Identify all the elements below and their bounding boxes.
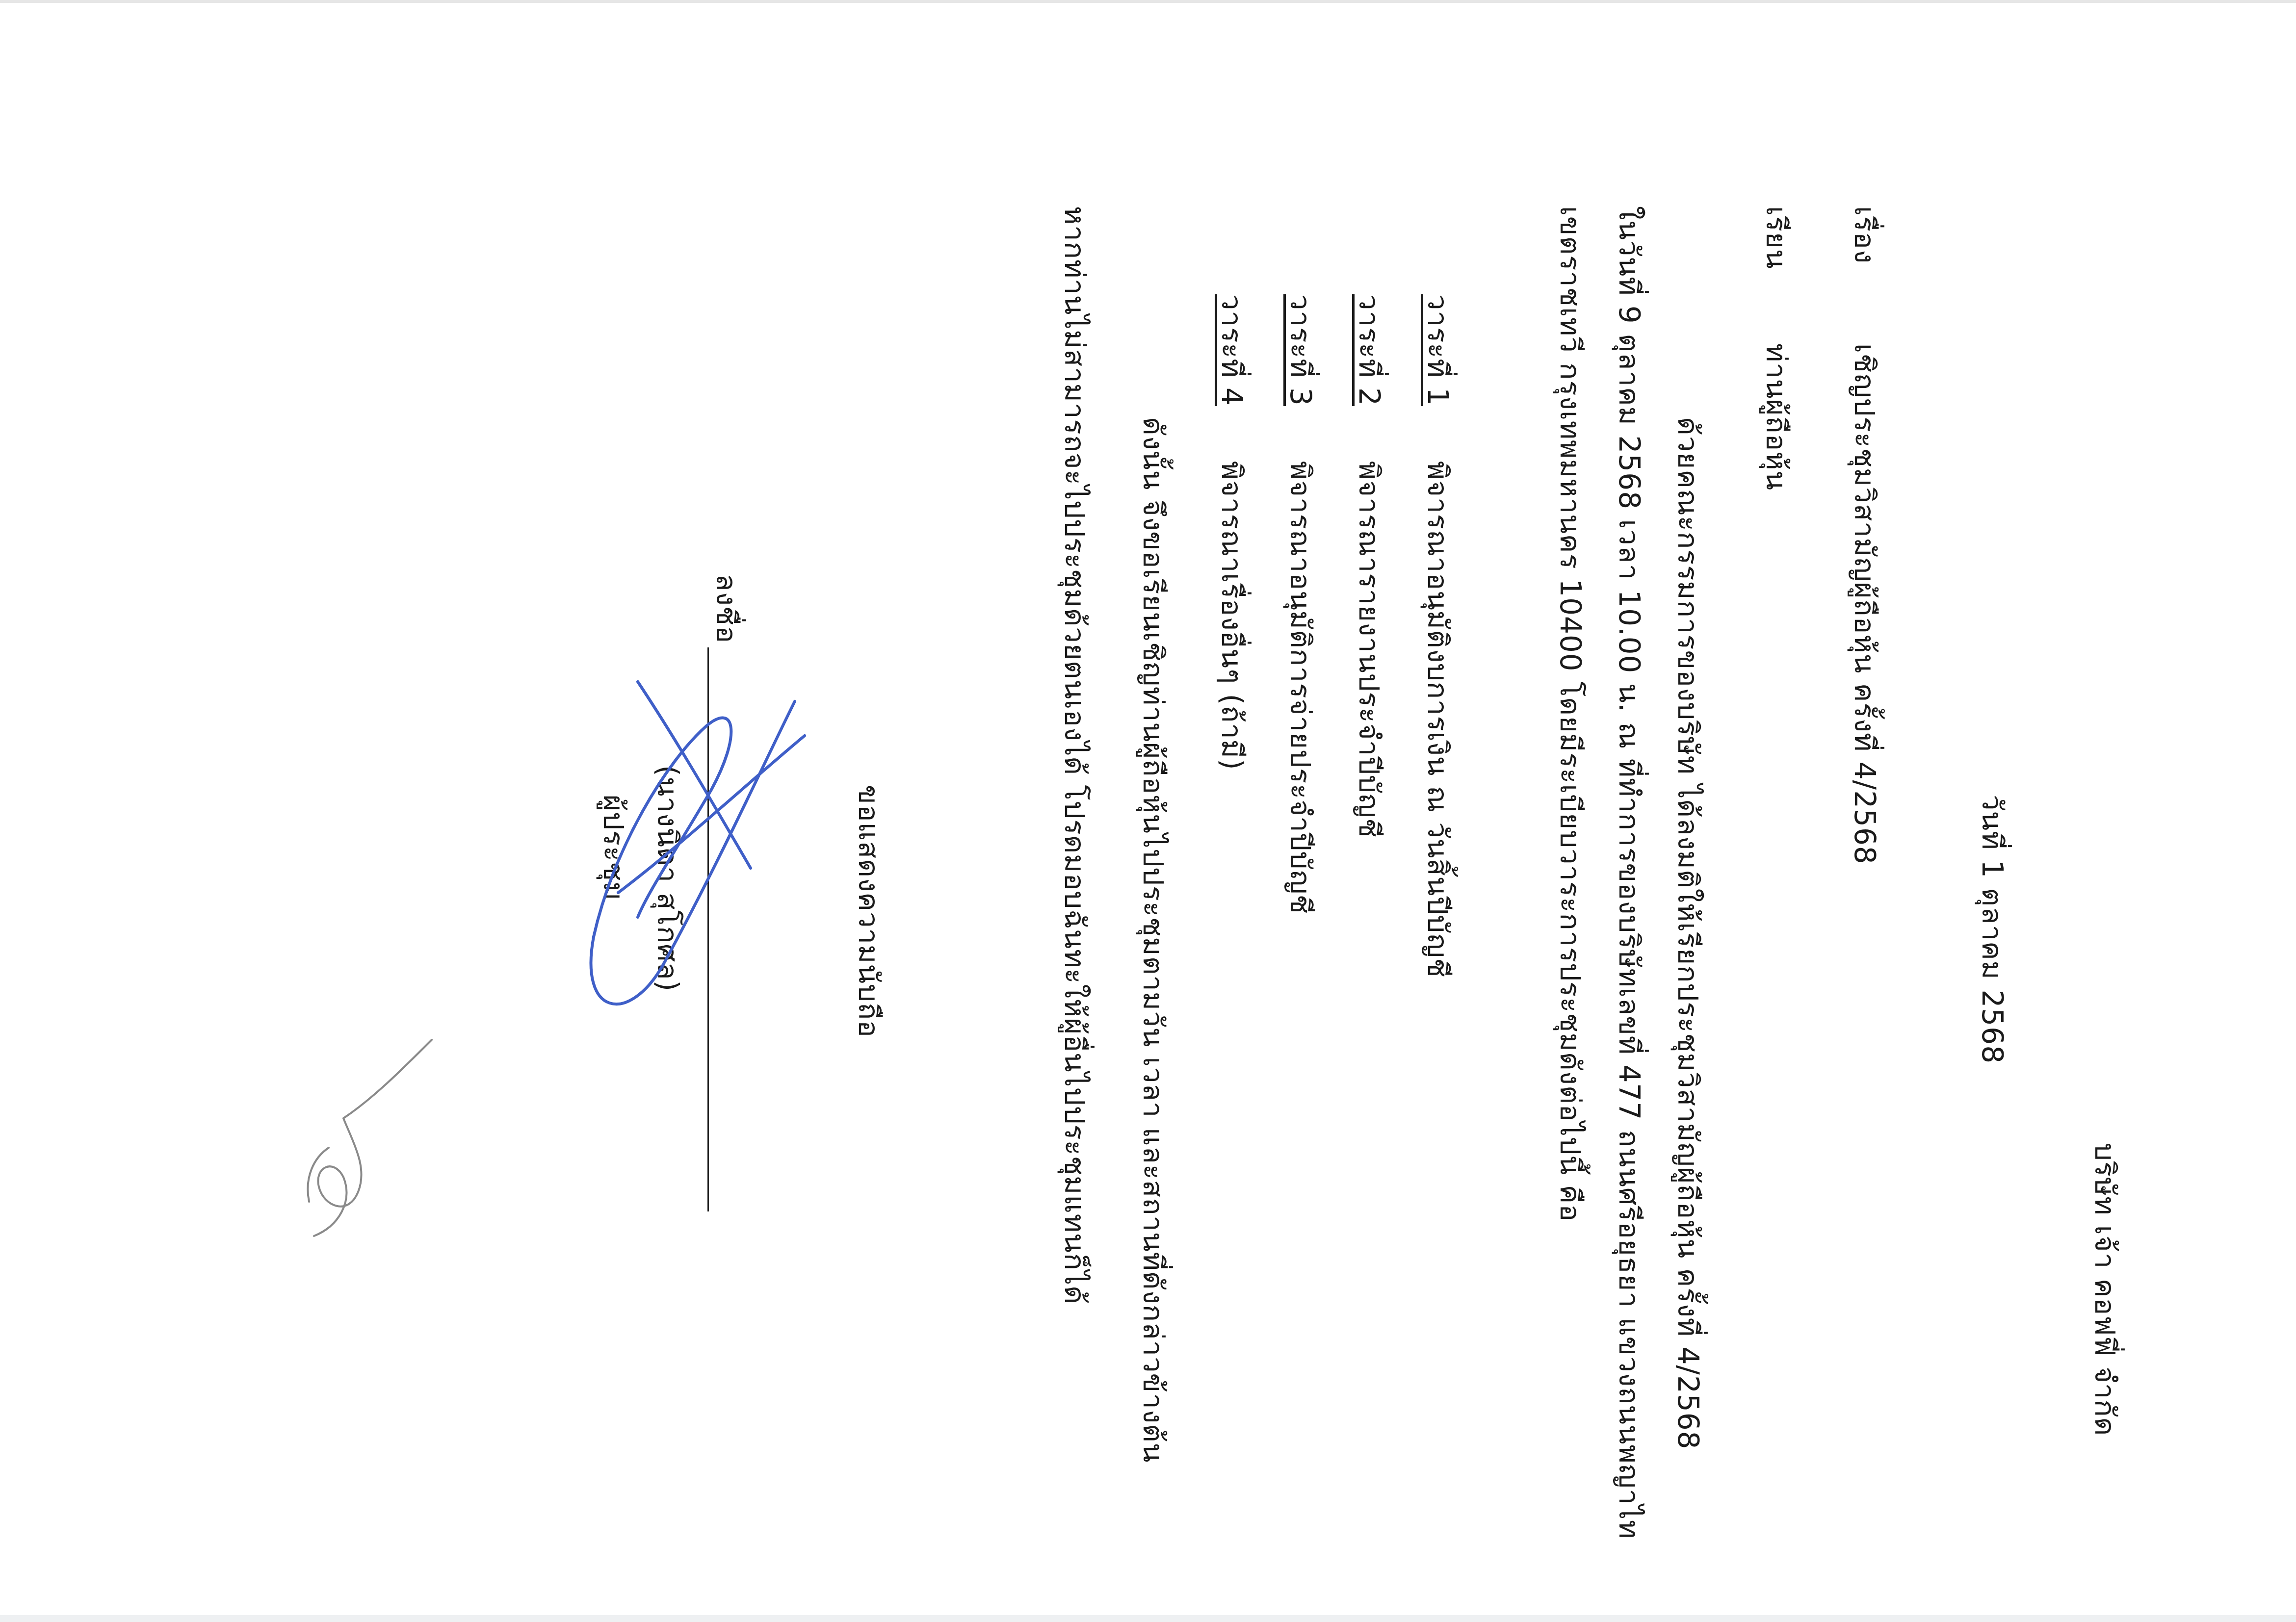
body-line: ในวันที่ 9 ตุลาคม 2568 เวลา 10.00 น. ณ ท…: [1615, 206, 1644, 1539]
agenda-label: วาระที่ 1: [1421, 294, 1455, 406]
agenda-label: วาระที่ 4: [1215, 294, 1249, 406]
letter-date: วันที่ 1 ตุลาคม 2568: [1978, 795, 2007, 1064]
subject-label: เรื่อง: [1851, 206, 1879, 264]
agenda-item: วาระที่ 2 พิจารณารายงานประจำปีบัญชี: [1355, 294, 1383, 406]
body-line: ด้วยคณะกรรมการของบริษัท ได้ลงมติให้เรียก…: [1674, 417, 1702, 1450]
agenda-text: พิจารณาอนุมัติการจ่ายประจำปีบัญชี: [1286, 461, 1315, 914]
agenda-item: วาระที่ 3 พิจารณาอนุมัติการจ่ายประจำปีบั…: [1286, 294, 1315, 406]
subject-text: เชิญประชุมวิสามัญผู้ถือหุ้น ครั้งที่ 4/2…: [1851, 343, 1879, 865]
initials-mark-icon: [294, 1030, 442, 1256]
sign-label: ลงชื่อ: [712, 574, 741, 644]
regards-text: ขอแสดงความนับถือ: [855, 785, 883, 1038]
handwritten-signature-icon: [569, 662, 824, 1035]
agenda-item: วาระที่ 1 พิจารณาอนุมัติงบการเงิน ณ วันส…: [1424, 294, 1452, 406]
closing-line: หากท่านไม่สามารถจะไปประชุมด้วยตนเองได้ โ…: [1061, 206, 1089, 1305]
body-line: เขตราชเทวี กรุงเทพมหานคร 10400 โดยมีระเบ…: [1556, 206, 1585, 1222]
letter-page: บริษัท เจ้า คอฟฟี่ จำกัด วันที่ 1 ตุลาคม…: [0, 0, 2296, 1622]
company-name: บริษัท เจ้า คอฟฟี่ จำกัด: [2091, 1143, 2119, 1436]
agenda-item: วาระที่ 4 พิจารณาเรื่องอื่นๆ (ถ้ามี): [1218, 294, 1246, 406]
recipient-label: เรียน: [1762, 206, 1791, 269]
agenda-label: วาระที่ 2: [1353, 294, 1386, 406]
closing-line: ดังนั้น จึงขอเรียนเชิญท่านผู้ถือหุ้นไปปร…: [1139, 417, 1168, 1463]
agenda-text: พิจารณารายงานประจำปีบัญชี: [1355, 461, 1383, 838]
agenda-text: พิจารณาเรื่องอื่นๆ (ถ้ามี): [1218, 461, 1246, 771]
agenda-label: วาระที่ 3: [1284, 294, 1317, 406]
agenda-text: พิจารณาอนุมัติงบการเงิน ณ วันสิ้นปีบัญชี: [1424, 461, 1452, 978]
recipient-text: ท่านผู้ถือหุ้น: [1762, 343, 1791, 490]
